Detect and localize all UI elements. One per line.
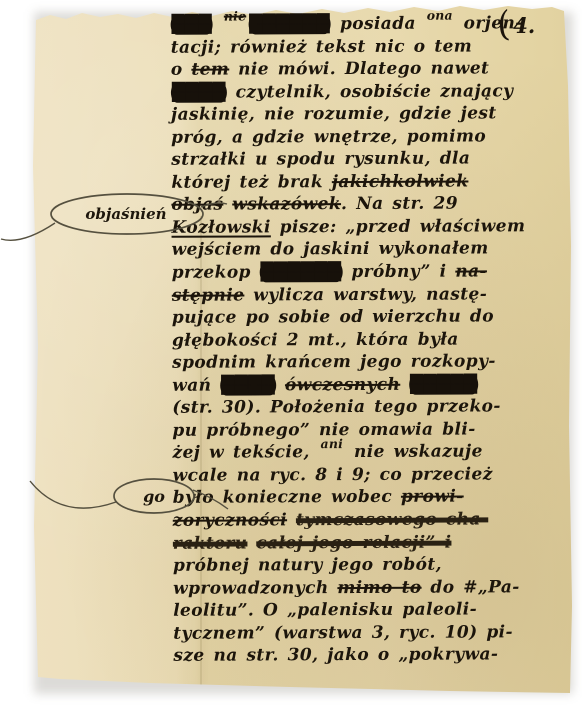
manuscript-line: leolitu”. O „palenisku paleoli- <box>173 598 541 622</box>
text-segment: ani <box>320 433 343 456</box>
manuscript-line: głębokości 2 mt., która była <box>172 328 540 352</box>
obliterated-word: ██████ <box>248 14 331 34</box>
manuscript-line: pujące po sobie od wierzchu do <box>172 305 540 329</box>
obliterated-word: ████ <box>171 82 227 102</box>
text-segment: do #„Pa- <box>422 577 520 597</box>
text-segment: sze na str. 30, jako o „pokrywa- <box>173 645 498 666</box>
text-segment <box>223 195 232 215</box>
text-segment: (str. 30). Położenia tego przeko- <box>172 397 501 418</box>
manuscript-line: o tem nie mówi. Dlatego nawet <box>171 57 539 81</box>
manuscript-line: próg, a gdzie wnętrze, pomimo <box>171 125 539 149</box>
text-segment: przekop <box>172 262 260 282</box>
page-number: ( 4. <box>497 10 535 40</box>
text-segment: nie mówi. Dlatego nawet <box>229 59 489 80</box>
text-segment: czytelnik, osobiście znający <box>227 81 514 102</box>
text-segment: prowi- <box>401 487 464 507</box>
text-segment: ówczesnych <box>285 375 400 396</box>
manuscript-line: (str. 30). Położenia tego przeko- <box>172 395 540 419</box>
margin-note-text: go <box>143 487 165 506</box>
manuscript-line: wprowadzonych mimo to do #„Pa- <box>173 576 541 600</box>
text-segment: tem <box>191 60 229 80</box>
text-segment: wań <box>172 375 220 395</box>
page-number-value: 4. <box>513 13 535 39</box>
manuscript-line: stępnie wylicza warstwy, nastę- <box>172 283 540 307</box>
text-segment: o <box>171 60 192 80</box>
text-segment: spodnim krańcem jego rozkopy- <box>172 352 496 373</box>
text-segment: tymczasowego cha- <box>296 509 488 530</box>
text-segment: wylicza warstwy, nastę- <box>244 284 487 305</box>
manuscript-line: ████ czytelnik, osobiście znający <box>171 80 539 104</box>
text-segment: jaskinię, nie rozumie, gdzie jest <box>171 104 497 125</box>
manuscript-line: tycznem” (warstwa 3, ryc. 10) pi- <box>173 621 541 645</box>
manuscript-line: żej w tekście, ani nie wskazuje <box>172 441 540 465</box>
text-segment: próbnej natury jego robót, <box>173 555 442 576</box>
text-segment <box>213 15 222 35</box>
text-segment <box>276 375 285 395</box>
text-segment: całej jego relacji” i <box>256 532 451 553</box>
text-segment: na- <box>455 261 487 281</box>
text-segment: której też brak <box>171 172 332 193</box>
manuscript-line: zoryczności tymczasowego cha- <box>173 508 541 532</box>
text-segment: próg, a gdzie wnętrze, pomimo <box>171 126 486 147</box>
text-segment: pujące po sobie od wierzchu do <box>172 307 494 328</box>
manuscript-line: strzałki u spodu rysunku, dla <box>171 147 539 171</box>
scanned-manuscript-page: ███ nie██████ posiada ona orjen-tacji; r… <box>0 0 582 709</box>
margin-note-objasnien: objaśnień <box>57 197 195 231</box>
text-segment: mimo to <box>337 577 421 597</box>
text-segment: wskazówek <box>232 194 341 214</box>
text-segment: wprowadzonych <box>173 578 337 599</box>
obliterated-word: ██████ <box>260 262 343 282</box>
text-segment: zoryczności <box>173 510 287 530</box>
manuscript-line: objaś wskazówek. Na str. 29 <box>171 193 539 217</box>
text-segment: nie wskazuje <box>345 442 483 463</box>
obliterated-word: █████ <box>409 374 478 394</box>
text-segment: pisze: „przed właściwem <box>271 216 526 237</box>
text-segment: posiada <box>331 14 425 34</box>
text-segment: rakteru <box>173 533 248 553</box>
manuscript-line: sze na str. 30, jako o „pokrywa- <box>173 644 541 668</box>
text-segment: leolitu”. O „palenisku paleoli- <box>173 600 477 621</box>
text-segment: tacji; również tekst nic o tem <box>171 36 473 57</box>
manuscript-line: rakteru całej jego relacji” i <box>173 531 541 555</box>
text-segment: żej w tekście, <box>172 443 318 464</box>
manuscript-line: było konieczne wobec prowi- <box>173 486 541 510</box>
text-segment: stępnie <box>172 285 245 305</box>
text-segment: było konieczne wobec <box>173 487 401 508</box>
text-segment: jakichkolwiek <box>332 171 469 192</box>
manuscript-line: tacji; również tekst nic o tem <box>171 35 539 59</box>
text-segment <box>400 375 409 395</box>
manuscript-line: wań ████ ówczesnych █████ <box>172 373 540 397</box>
margin-note-text: objaśnień <box>85 205 166 223</box>
text-segment: wcale na ryc. 8 i 9; co przecież <box>173 464 493 485</box>
manuscript-line: której też brak jakichkolwiek <box>171 170 539 194</box>
manuscript-line: wcale na ryc. 8 i 9; co przecież <box>173 463 541 487</box>
manuscript-line: próbnej natury jego robót, <box>173 553 541 577</box>
text-segment: wejściem do jaskini wykonałem <box>172 239 489 260</box>
text-segment: próbny” i <box>342 262 455 282</box>
manuscript-line: Kozłowski pisze: „przed właściwem <box>171 215 539 239</box>
manuscript-line: ███ nie██████ posiada ona orjen- <box>171 12 539 36</box>
manuscript-line: przekop ██████ próbny” i na- <box>172 260 540 284</box>
manuscript-line: jaskinię, nie rozumie, gdzie jest <box>171 102 539 126</box>
manuscript-line: pu próbnego” nie omawia bli- <box>172 418 540 442</box>
margin-note-go: go <box>124 482 184 510</box>
page-number-paren: ( <box>494 9 514 41</box>
manuscript-line: wejściem do jaskini wykonałem <box>172 238 540 262</box>
obliterated-word: ████ <box>220 375 276 395</box>
text-segment <box>287 510 296 530</box>
text-segment: ona <box>427 5 453 28</box>
text-segment: strzałki u spodu rysunku, dla <box>171 149 470 170</box>
obliterated-word: ███ <box>171 15 214 35</box>
text-segment: głębokości 2 mt., która była <box>172 329 459 350</box>
text-segment: tycznem” (warstwa 3, ryc. 10) pi- <box>173 622 513 643</box>
manuscript-line: spodnim krańcem jego rozkopy- <box>172 350 540 374</box>
text-segment: nie <box>224 5 246 28</box>
manuscript-text: ███ nie██████ posiada ona orjen-tacji; r… <box>171 12 542 667</box>
text-segment: . Na str. 29 <box>341 194 458 215</box>
